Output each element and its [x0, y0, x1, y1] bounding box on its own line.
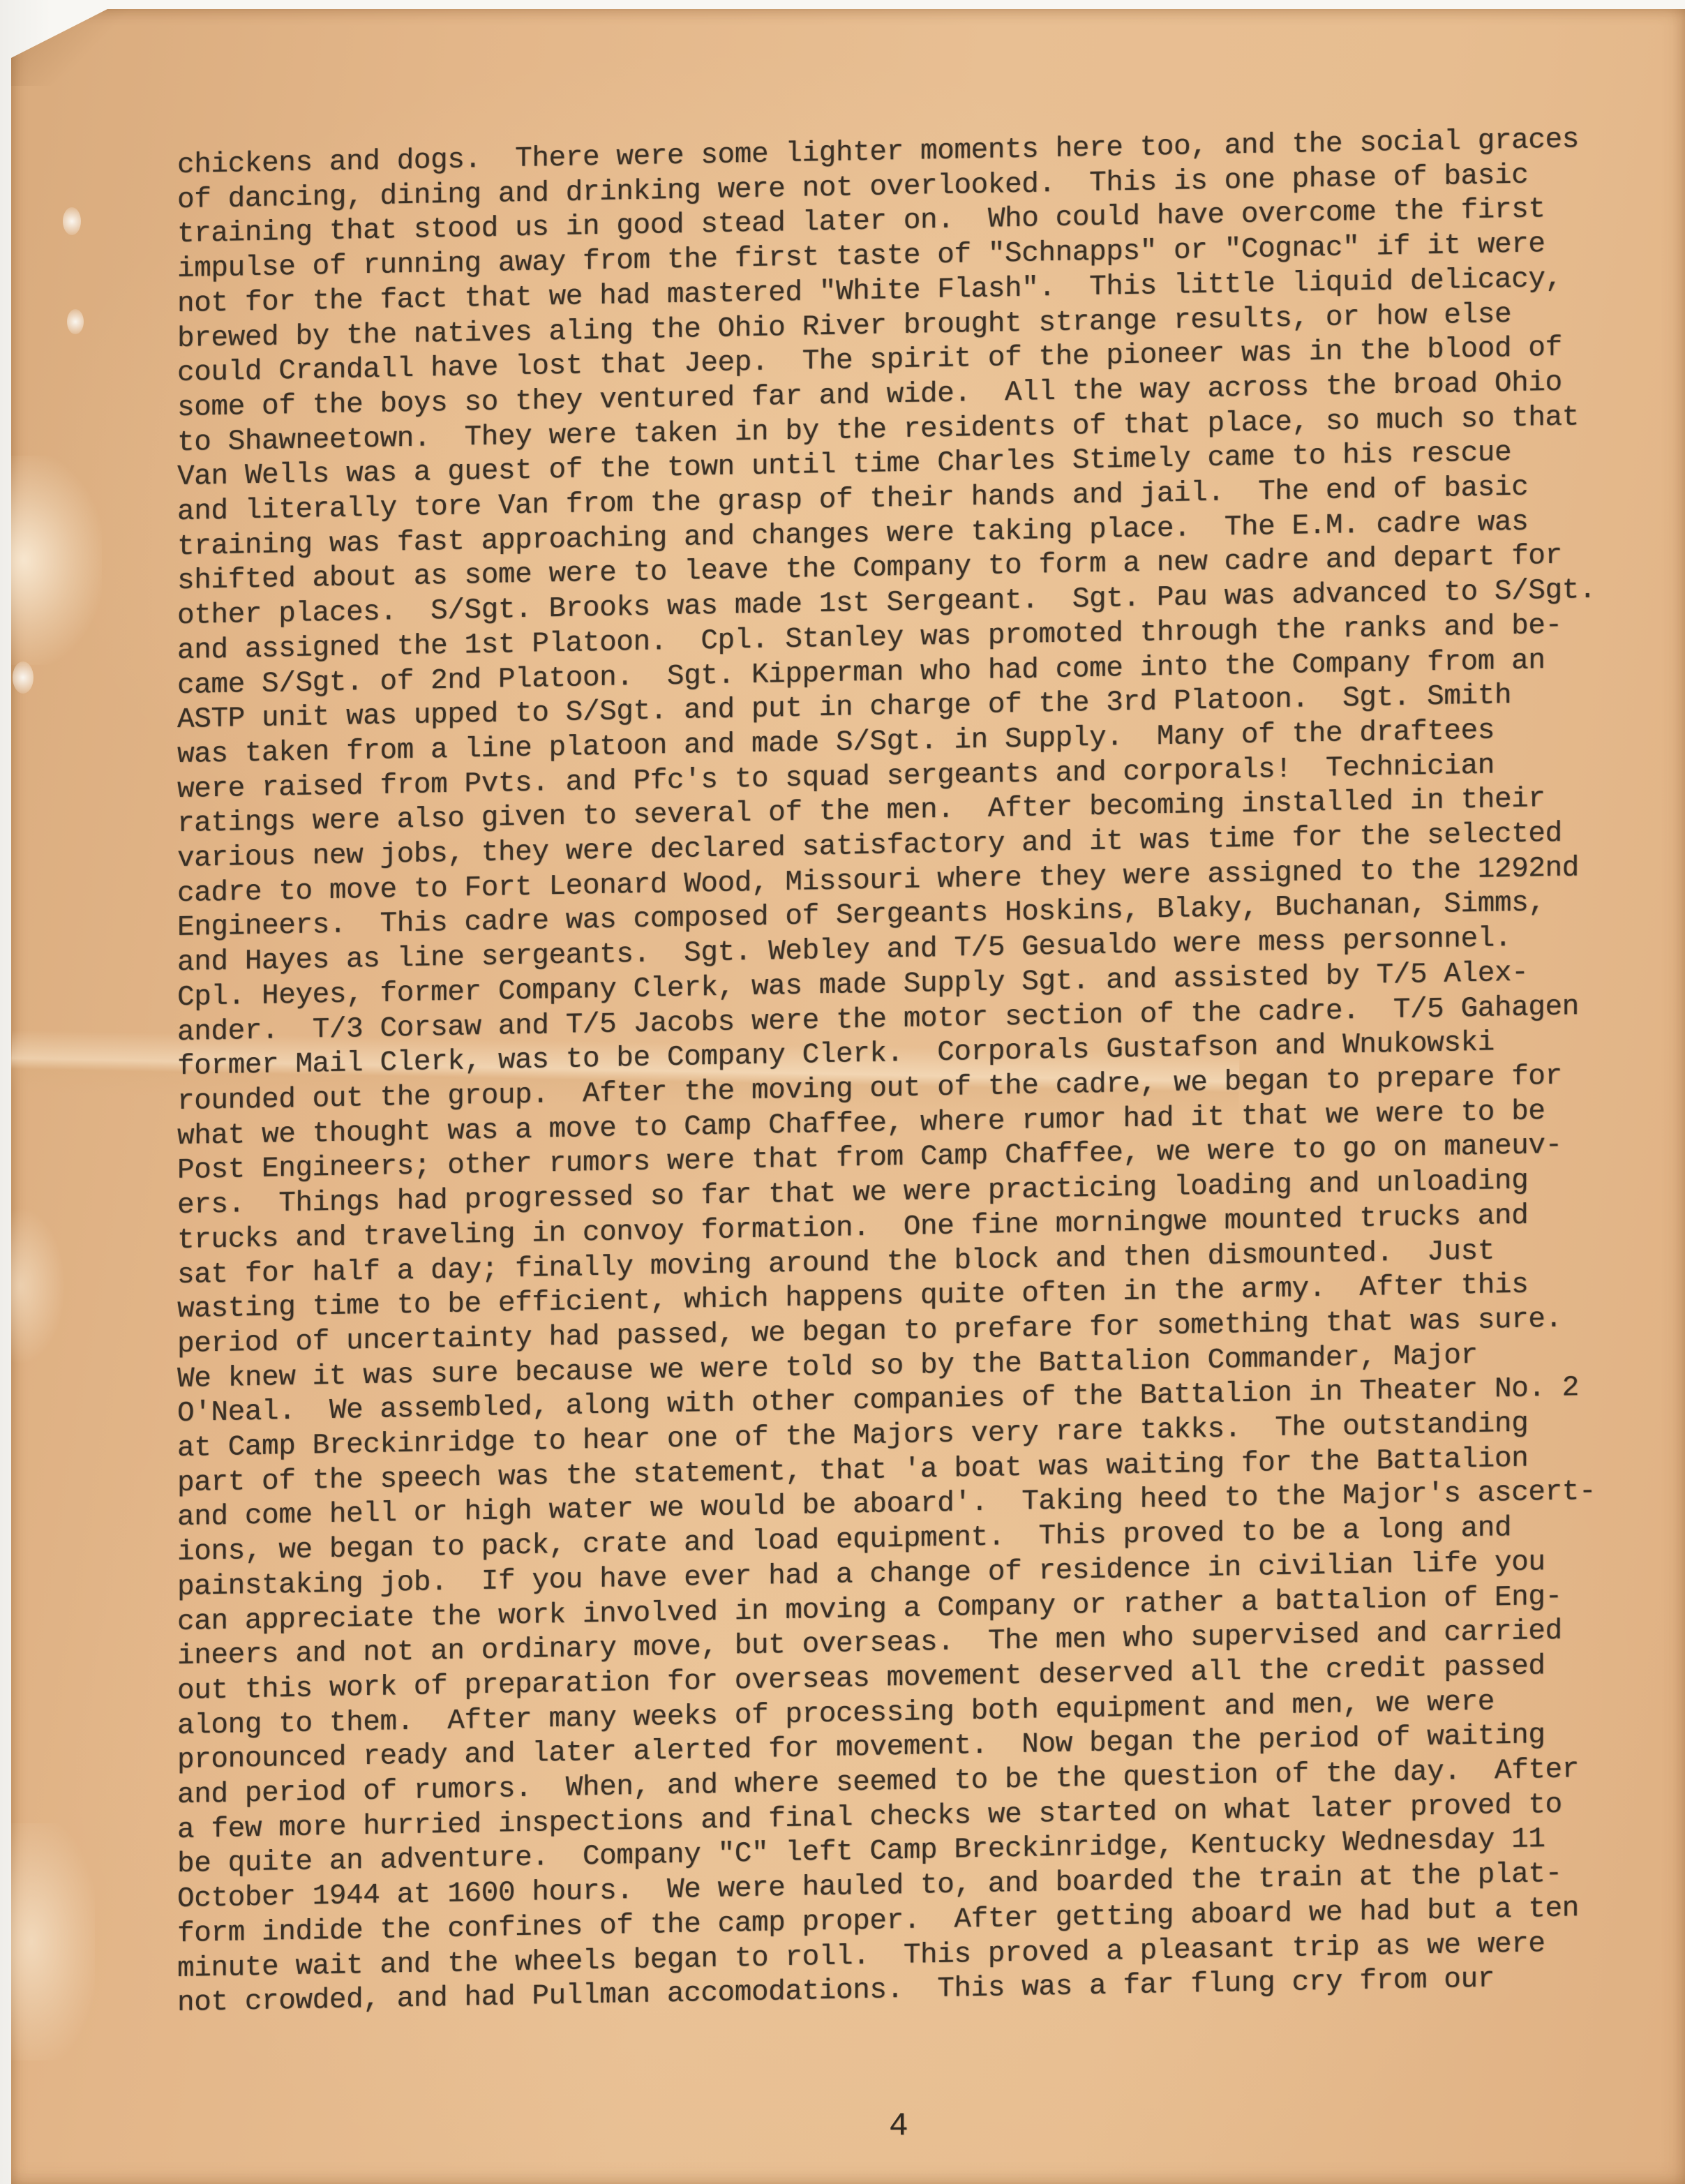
page-number: 4: [889, 2108, 908, 2144]
paper-crease: [0, 456, 102, 665]
paper-crease: [1, 1209, 64, 1363]
folded-corner: [11, 9, 130, 86]
paper-sheet: chickens and dogs. There were some light…: [11, 9, 1685, 2184]
paper-crease: [0, 1823, 95, 2060]
paper-tear-speck: [13, 661, 33, 694]
scanned-document: chickens and dogs. There were some light…: [0, 0, 1685, 2184]
staple-hole: [67, 309, 84, 334]
staple-hole: [63, 207, 81, 235]
typed-text-body: chickens and dogs. There were some light…: [177, 123, 1596, 2021]
